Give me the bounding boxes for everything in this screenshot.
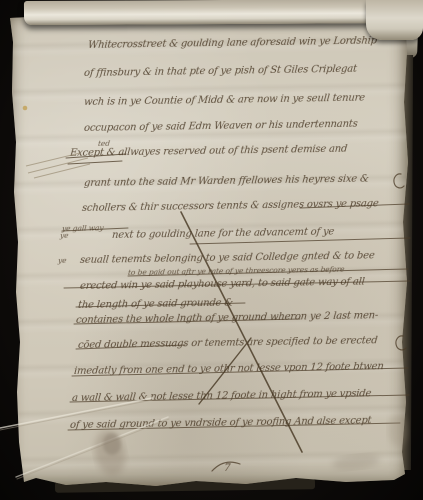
rolled-page-top-edge <box>24 0 423 25</box>
manuscript-line: imedatly from one end to ye othr not les… <box>74 361 385 377</box>
manuscript-line: schollers & thir successors tennts & ass… <box>82 198 379 214</box>
manuscript-line: next to goulding lane for the advancemt … <box>112 227 335 242</box>
manuscript-line: the length of ye said grounde & <box>78 298 234 311</box>
superscript-insertion: ted <box>98 139 111 148</box>
margin-mark: ye <box>58 256 67 265</box>
manuscript-line: of ffinsbury & in that pte of ye pish of… <box>84 64 358 79</box>
manuscript-line: occupacon of ye said Edm Weaven or his u… <box>84 119 359 134</box>
margin-mark: ye <box>60 231 69 240</box>
quire-mark: 7 <box>224 463 231 474</box>
manuscript-photo: Whitecrosstreet & goulding lane aforesai… <box>0 0 423 500</box>
manuscript-line: seuall tenemts belonging to ye said Coll… <box>80 250 376 266</box>
manuscript-line: cōed double messuags or tenemts are spec… <box>78 335 378 351</box>
manuscript-line: a wall & wall & not lesse thn 12 foote i… <box>72 388 372 404</box>
manuscript-line: grant unto the said Mr Warden ffellowes … <box>84 174 370 189</box>
manuscript-line: Whitecrosstreet & goulding lane aforesai… <box>88 35 378 51</box>
rolled-page-top-right-curl <box>366 0 423 40</box>
manuscript-line: containes the whole lngth of ye ground w… <box>76 310 379 326</box>
interlinear-insertion: to be paid out aftr ye rate of ye threes… <box>128 265 345 277</box>
manuscript-line: of ye said ground to ye vndrside of ye r… <box>70 415 372 431</box>
manuscript-line: Except & allwayes reserved out of this p… <box>70 144 348 159</box>
manuscript-line: erected win ye said playhouse yard, to s… <box>80 277 366 292</box>
handwriting-layer: Whitecrosstreet & goulding lane aforesai… <box>0 0 423 500</box>
manuscript-line: wch is in ye Countie of Midd & are now i… <box>84 93 366 108</box>
